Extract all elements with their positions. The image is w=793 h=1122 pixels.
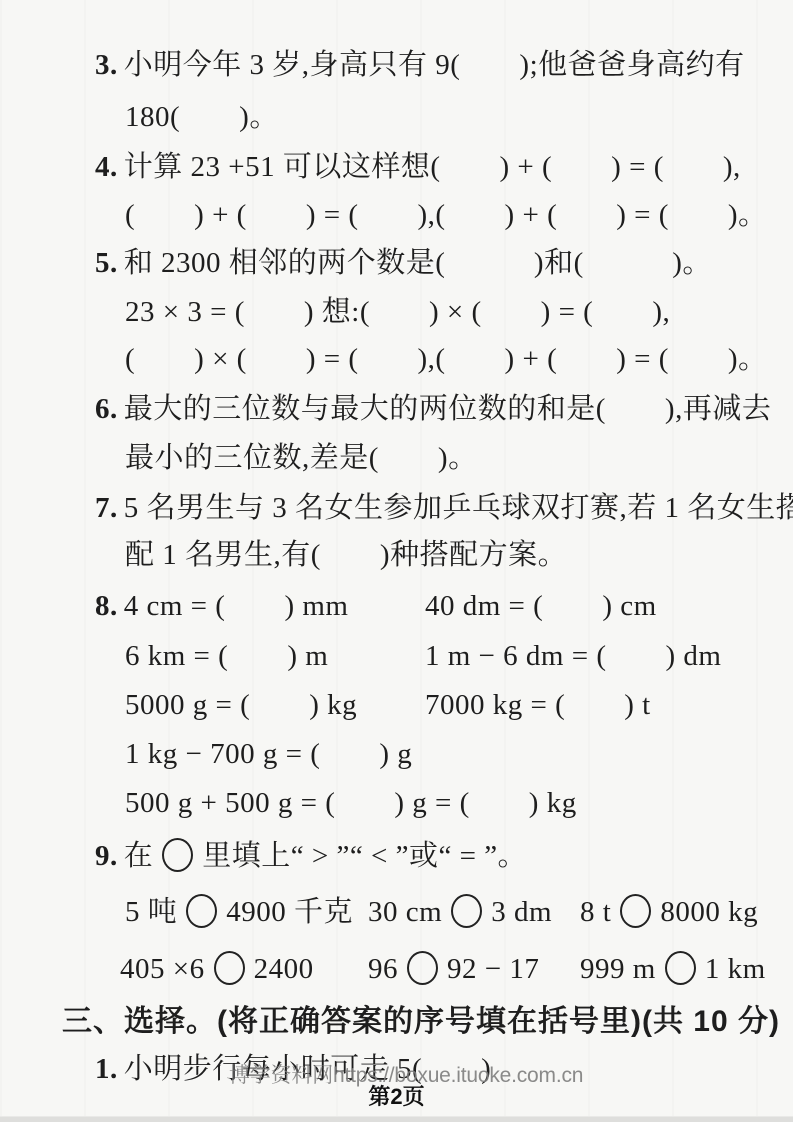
comparison-right: 2400 — [254, 953, 314, 985]
comparison-left: 999 m — [580, 953, 656, 985]
conversion-item: 40 dm = ( ) cm — [425, 585, 657, 627]
question-4-line-1: 4.计算 23 +51 可以这样想( ) + ( ) = ( ), — [95, 146, 741, 188]
comparison-left: 30 cm — [368, 896, 442, 928]
comparison-left: 96 — [368, 953, 398, 985]
question-7-line-2: 配 1 名男生,有( )种搭配方案。 — [125, 534, 567, 576]
comparison-left: 8 t — [580, 896, 611, 928]
worksheet-page: 3.小明今年 3 岁,身高只有 9( );他爸爸身高约有 180( )。 4.计… — [0, 0, 793, 1122]
question-6-number: 6. — [95, 393, 118, 425]
question-9-text-pre: 在 — [124, 840, 154, 872]
comparison-right: 3 dm — [491, 896, 552, 928]
question-6-text-cont: 最小的三位数,差是( )。 — [125, 442, 478, 474]
question-8-row-2: 6 km = ( ) m 1 m − 6 dm = ( ) dm — [125, 635, 793, 677]
question-9-line-1: 9.在里填上“ > ”“ < ”或“ = ”。 — [95, 835, 527, 877]
blank-circle-icon — [214, 951, 245, 985]
section-3-title: 三、选择。(将正确答案的序号填在括号里)(共 10 分) — [62, 1000, 780, 1044]
conversion-item: 6 km = ( ) m — [125, 640, 328, 672]
question-8-row-3: 5000 g = ( ) kg 7000 kg = ( ) t — [125, 684, 793, 726]
conversion-item: 1 m − 6 dm = ( ) dm — [425, 635, 721, 677]
blank-circle-icon — [665, 951, 696, 985]
question-3-line-1: 3.小明今年 3 岁,身高只有 9( );他爸爸身高约有 — [95, 44, 745, 86]
comparison-item: 5 吨4900 千克 — [125, 891, 353, 933]
question-8-number: 8. — [95, 590, 118, 622]
comparison-right: 4900 千克 — [226, 896, 353, 928]
scan-bottom-edge — [0, 1116, 793, 1122]
question-3-line-2: 180( )。 — [125, 96, 279, 138]
conversion-item: 7000 kg = ( ) t — [425, 684, 651, 726]
question-5-number: 5. — [95, 247, 118, 279]
conversion-item: 1 kg − 700 g = ( ) g — [125, 738, 412, 770]
question-5-equation-1: 23 × 3 = ( ) 想:( ) × ( ) = ( ), — [125, 296, 670, 328]
comparison-item: 9692 − 17 — [368, 948, 539, 990]
conversion-item: 500 g + 500 g = ( ) g = ( ) kg — [125, 787, 577, 819]
question-7-text-cont: 配 1 名男生,有( )种搭配方案。 — [125, 539, 567, 571]
question-9-row-1: 5 吨4900 千克 30 cm3 dm 8 t8000 kg — [0, 891, 793, 933]
comparison-item: 999 m1 km — [580, 948, 766, 990]
question-3-number: 3. — [95, 49, 118, 81]
question-8-row-5: 500 g + 500 g = ( ) g = ( ) kg — [125, 782, 577, 824]
question-5-line-3: ( ) × ( ) = ( ),( ) + ( ) = ( )。 — [125, 338, 768, 380]
question-3-text: 小明今年 3 岁,身高只有 9( );他爸爸身高约有 — [124, 49, 745, 81]
comparison-item: 405 ×62400 — [120, 948, 314, 990]
question-4-text-cont: ( ) + ( ) = ( ),( ) + ( ) = ( )。 — [125, 199, 768, 231]
question-5-line-2: 23 × 3 = ( ) 想:( ) × ( ) = ( ), — [125, 291, 670, 333]
blank-circle-icon — [451, 894, 482, 928]
question-9-text-post: 里填上“ > ”“ < ”或“ = ”。 — [202, 840, 527, 872]
question-5-equation-2: ( ) × ( ) = ( ),( ) + ( ) = ( )。 — [125, 343, 768, 375]
conversion-item: 5000 g = ( ) kg — [125, 689, 357, 721]
question-6-line-2: 最小的三位数,差是( )。 — [125, 437, 478, 479]
question-7-text: 5 名男生与 3 名女生参加乒乓球双打赛,若 1 名女生搭 — [124, 492, 793, 524]
question-7-line-1: 7.5 名男生与 3 名女生参加乒乓球双打赛,若 1 名女生搭 — [95, 487, 793, 529]
question-8-row-1: 8.4 cm = ( ) mm 40 dm = ( ) cm — [95, 585, 793, 627]
question-4-text: 计算 23 +51 可以这样想( ) + ( ) = ( ), — [124, 151, 741, 183]
question-7-number: 7. — [95, 492, 118, 524]
comparison-right: 92 − 17 — [447, 953, 539, 985]
question-6-line-1: 6.最大的三位数与最大的两位数的和是( ),再减去 — [95, 388, 771, 430]
comparison-left: 5 吨 — [125, 896, 177, 928]
question-5-text: 和 2300 相邻的两个数是( )和( )。 — [124, 247, 712, 279]
question-8-row-4: 1 kg − 700 g = ( ) g — [125, 733, 412, 775]
question-5-line-1: 5.和 2300 相邻的两个数是( )和( )。 — [95, 242, 712, 284]
comparison-item: 30 cm3 dm — [368, 891, 552, 933]
question-6-text: 最大的三位数与最大的两位数的和是( ),再减去 — [124, 393, 772, 425]
question-4-line-2: ( ) + ( ) = ( ),( ) + ( ) = ( )。 — [125, 194, 768, 236]
comparison-item: 8 t8000 kg — [580, 891, 758, 933]
question-9-row-2: 405 ×62400 9692 − 17 999 m1 km — [0, 948, 793, 990]
blank-circle-icon — [162, 838, 193, 872]
conversion-item: 4 cm = ( ) mm — [124, 590, 349, 622]
blank-circle-icon — [407, 951, 438, 985]
question-3-text-cont: 180( )。 — [125, 101, 279, 133]
comparison-right: 8000 kg — [660, 896, 758, 928]
question-9-number: 9. — [95, 840, 118, 872]
blank-circle-icon — [620, 894, 651, 928]
comparison-right: 1 km — [705, 953, 766, 985]
page-number-label: 第2页 — [0, 1080, 793, 1111]
comparison-left: 405 ×6 — [120, 953, 205, 985]
blank-circle-icon — [186, 894, 217, 928]
question-4-number: 4. — [95, 151, 118, 183]
